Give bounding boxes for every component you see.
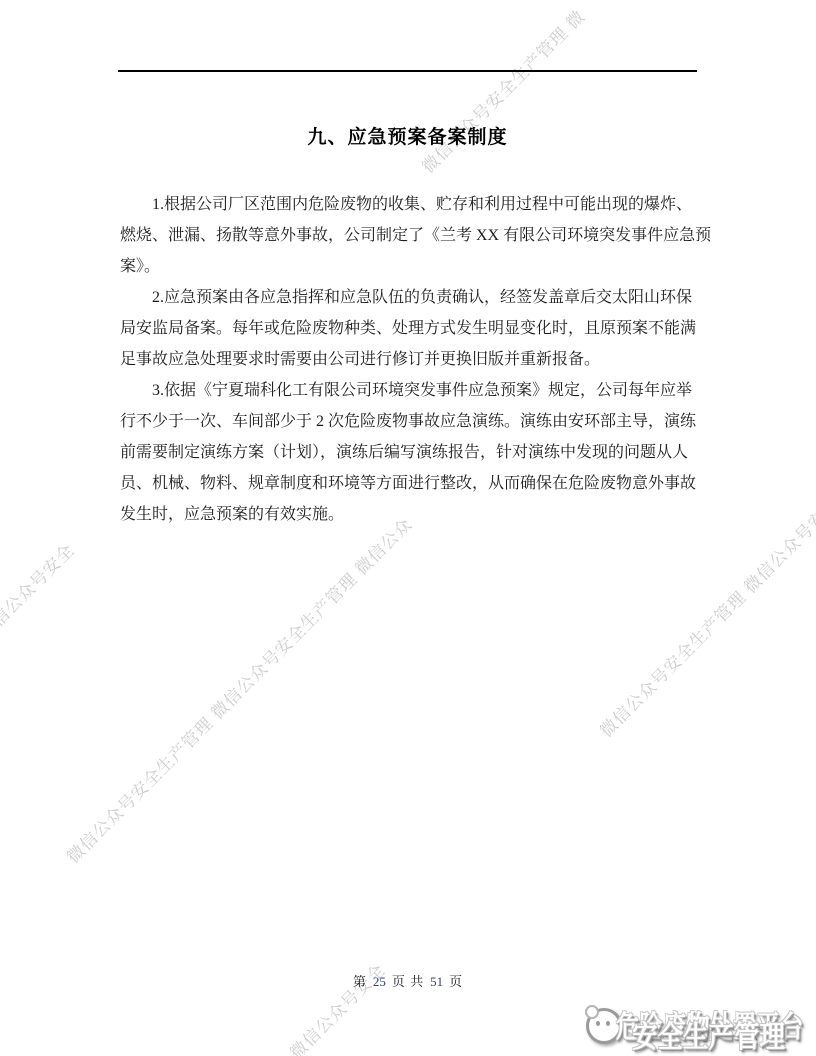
text-line: 燃烧、泄漏、扬散等意外事故，公司制定了《兰考 XX 有限公司环境突发事件应急预 [120,220,698,251]
document-body: 1.根据公司厂区范围内危险废物的收集、贮存和利用过程中可能出现的爆炸、 燃烧、泄… [120,189,698,530]
footer-logo: 危险废物处置平台 安全生产管理 [586,1000,814,1054]
paragraph: 2.应急预案由各应急指挥和应急队伍的负责确认，经签发盖章后交太阳山环保 局安监局… [120,282,698,375]
footer-label: 页 [449,974,463,989]
bubble-puff-icon [585,1005,599,1019]
page-number: 25 [373,974,386,989]
text-line: 2.应急预案由各应急指挥和应急队伍的负责确认，经签发盖章后交太阳山环保 [120,282,698,313]
watermark-text: 微信公众号安全 [283,957,390,1056]
footer-label: 页 共 [392,974,424,989]
total-pages: 51 [430,974,443,989]
text-line: 行不少于一次、车间部少于 2 次危险废物事故应急演练。演练由安环部主导，演练 [120,406,698,437]
paragraph: 3.依据《宁夏瑞科化工有限公司环境突发事件应急预案》规定，公司每年应举 行不少于… [120,375,698,530]
text-line: 前需要制定演练方案（计划），演练后编写演练报告，针对演练中发现的问题从人 [120,437,698,468]
text-line: 案》。 [120,251,698,282]
footer-label: 第 [353,974,367,989]
text-line: 足事故应急处理要求时需要由公司进行修订并更换旧版并重新报备。 [120,344,698,375]
text-line: 1.根据公司厂区范围内危险废物的收集、贮存和利用过程中可能出现的爆炸、 [120,189,698,220]
eye-dot-icon [606,1021,610,1026]
header-rule [118,70,697,72]
text-line: 发生时，应急预案的有效实施。 [120,499,698,530]
eye-dot-icon [596,1021,600,1026]
text-line: 员、机械、物料、规章制度和环境等方面进行整改，从而确保在危险废物意外事故 [120,468,698,499]
watermark-text: 微信公众号安全生产管理 微信公众号安全生产管理 微信公众 [60,511,417,868]
paragraph: 1.根据公司厂区范围内危险废物的收集、贮存和利用过程中可能出现的爆炸、 燃烧、泄… [120,189,698,282]
logo-front-text: 安全生产管理 [632,1012,785,1056]
document-page: 微信公众号安全生产管理 微微信公众号安全微信公众号安全生产管理 微信公众号安全生… [0,0,816,1056]
text-line: 局安监局备案。每年或危险废物种类、处理方式发生明显变化时，且原预案不能满 [120,313,698,344]
watermark-text: 微信公众号安全 [0,537,79,644]
page-title: 九、应急预案备案制度 [118,124,697,152]
page-footer: 第25页 共51页 [0,973,816,991]
text-line: 3.依据《宁夏瑞科化工有限公司环境突发事件应急预案》规定，公司每年应举 [120,375,698,406]
